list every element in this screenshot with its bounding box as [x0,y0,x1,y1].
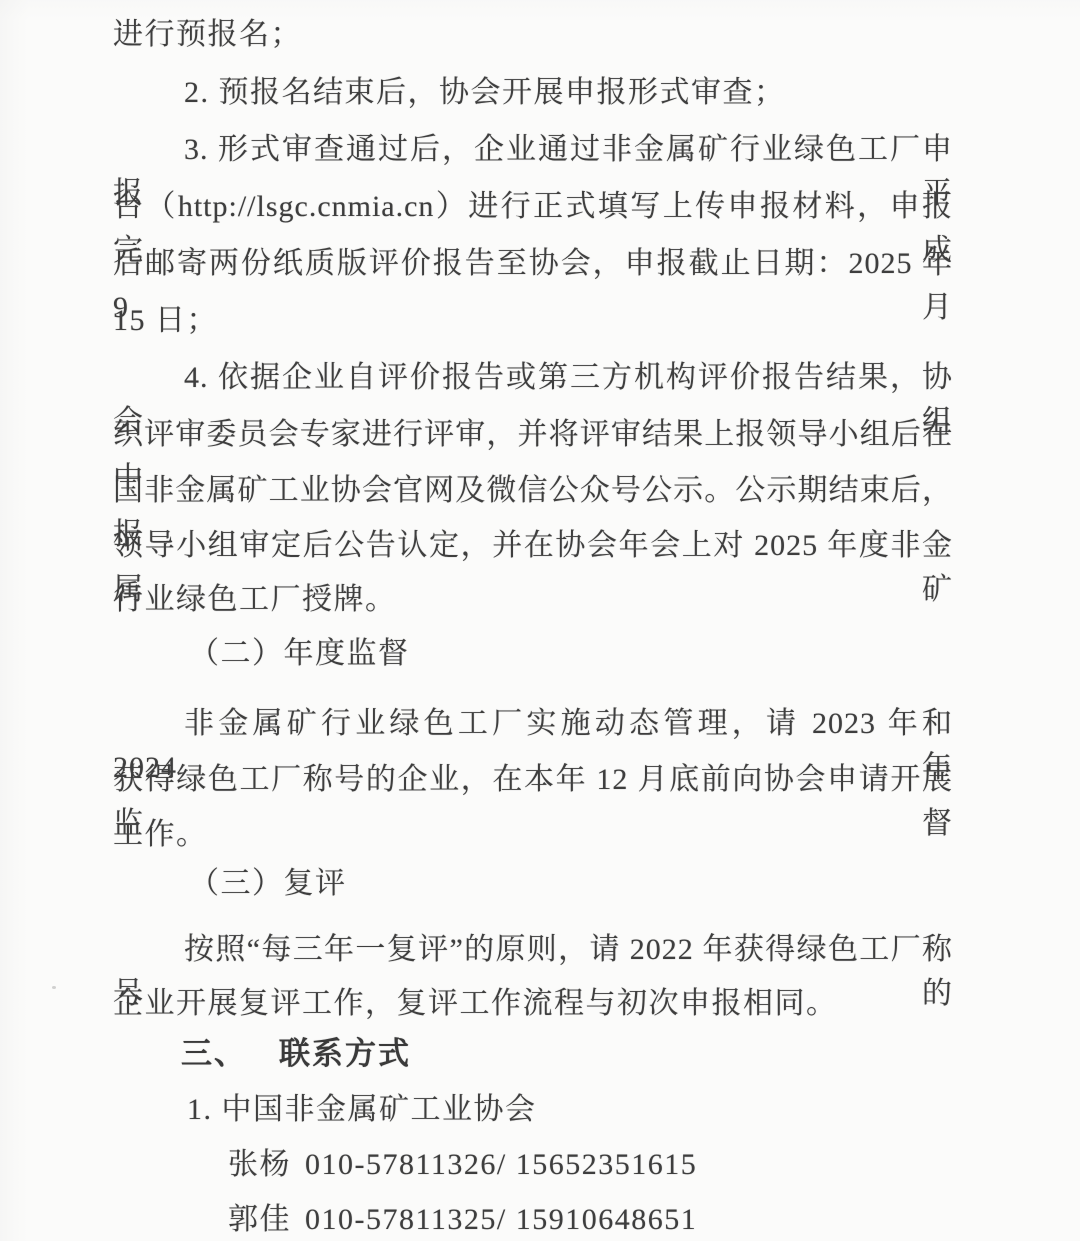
subsection-heading: （二）年度监督 [113,632,953,676]
contact-line: 郭佳010-57811325/ 15910648651 [113,1198,953,1241]
paragraph-line: 15 日； [113,299,953,343]
contact-name: 郭佳 [228,1203,291,1236]
contact-line: 张杨010-57811326/ 15652351615 [113,1143,953,1187]
organization-line: 1. 中国非金属矿工业协会 [113,1088,953,1132]
scan-speck [52,986,56,989]
paragraph-line: 行业绿色工厂授牌。 [113,578,953,622]
section-number: 三、 [181,1036,247,1071]
subsection-heading: （三）复评 [113,862,953,906]
section-title: 联系方式 [279,1036,411,1071]
scanned-document-page: 进行预报名； 2. 预报名结束后，协会开展申报形式审查； 3. 形式审查通过后，… [0,0,1080,1241]
contact-name: 张杨 [228,1148,291,1181]
paragraph-line: 企业开展复评工作，复评工作流程与初次申报相同。 [113,982,953,1026]
contact-phone: 010-57811325/ 15910648651 [305,1203,697,1236]
paragraph-line: 2. 预报名结束后，协会开展申报形式审查； [113,71,953,115]
paragraph-line: 进行预报名； [113,13,953,57]
section-heading: 三、联系方式 [113,1032,953,1076]
contact-phone: 010-57811326/ 15652351615 [305,1148,697,1181]
paragraph-line: 工作。 [113,813,953,857]
